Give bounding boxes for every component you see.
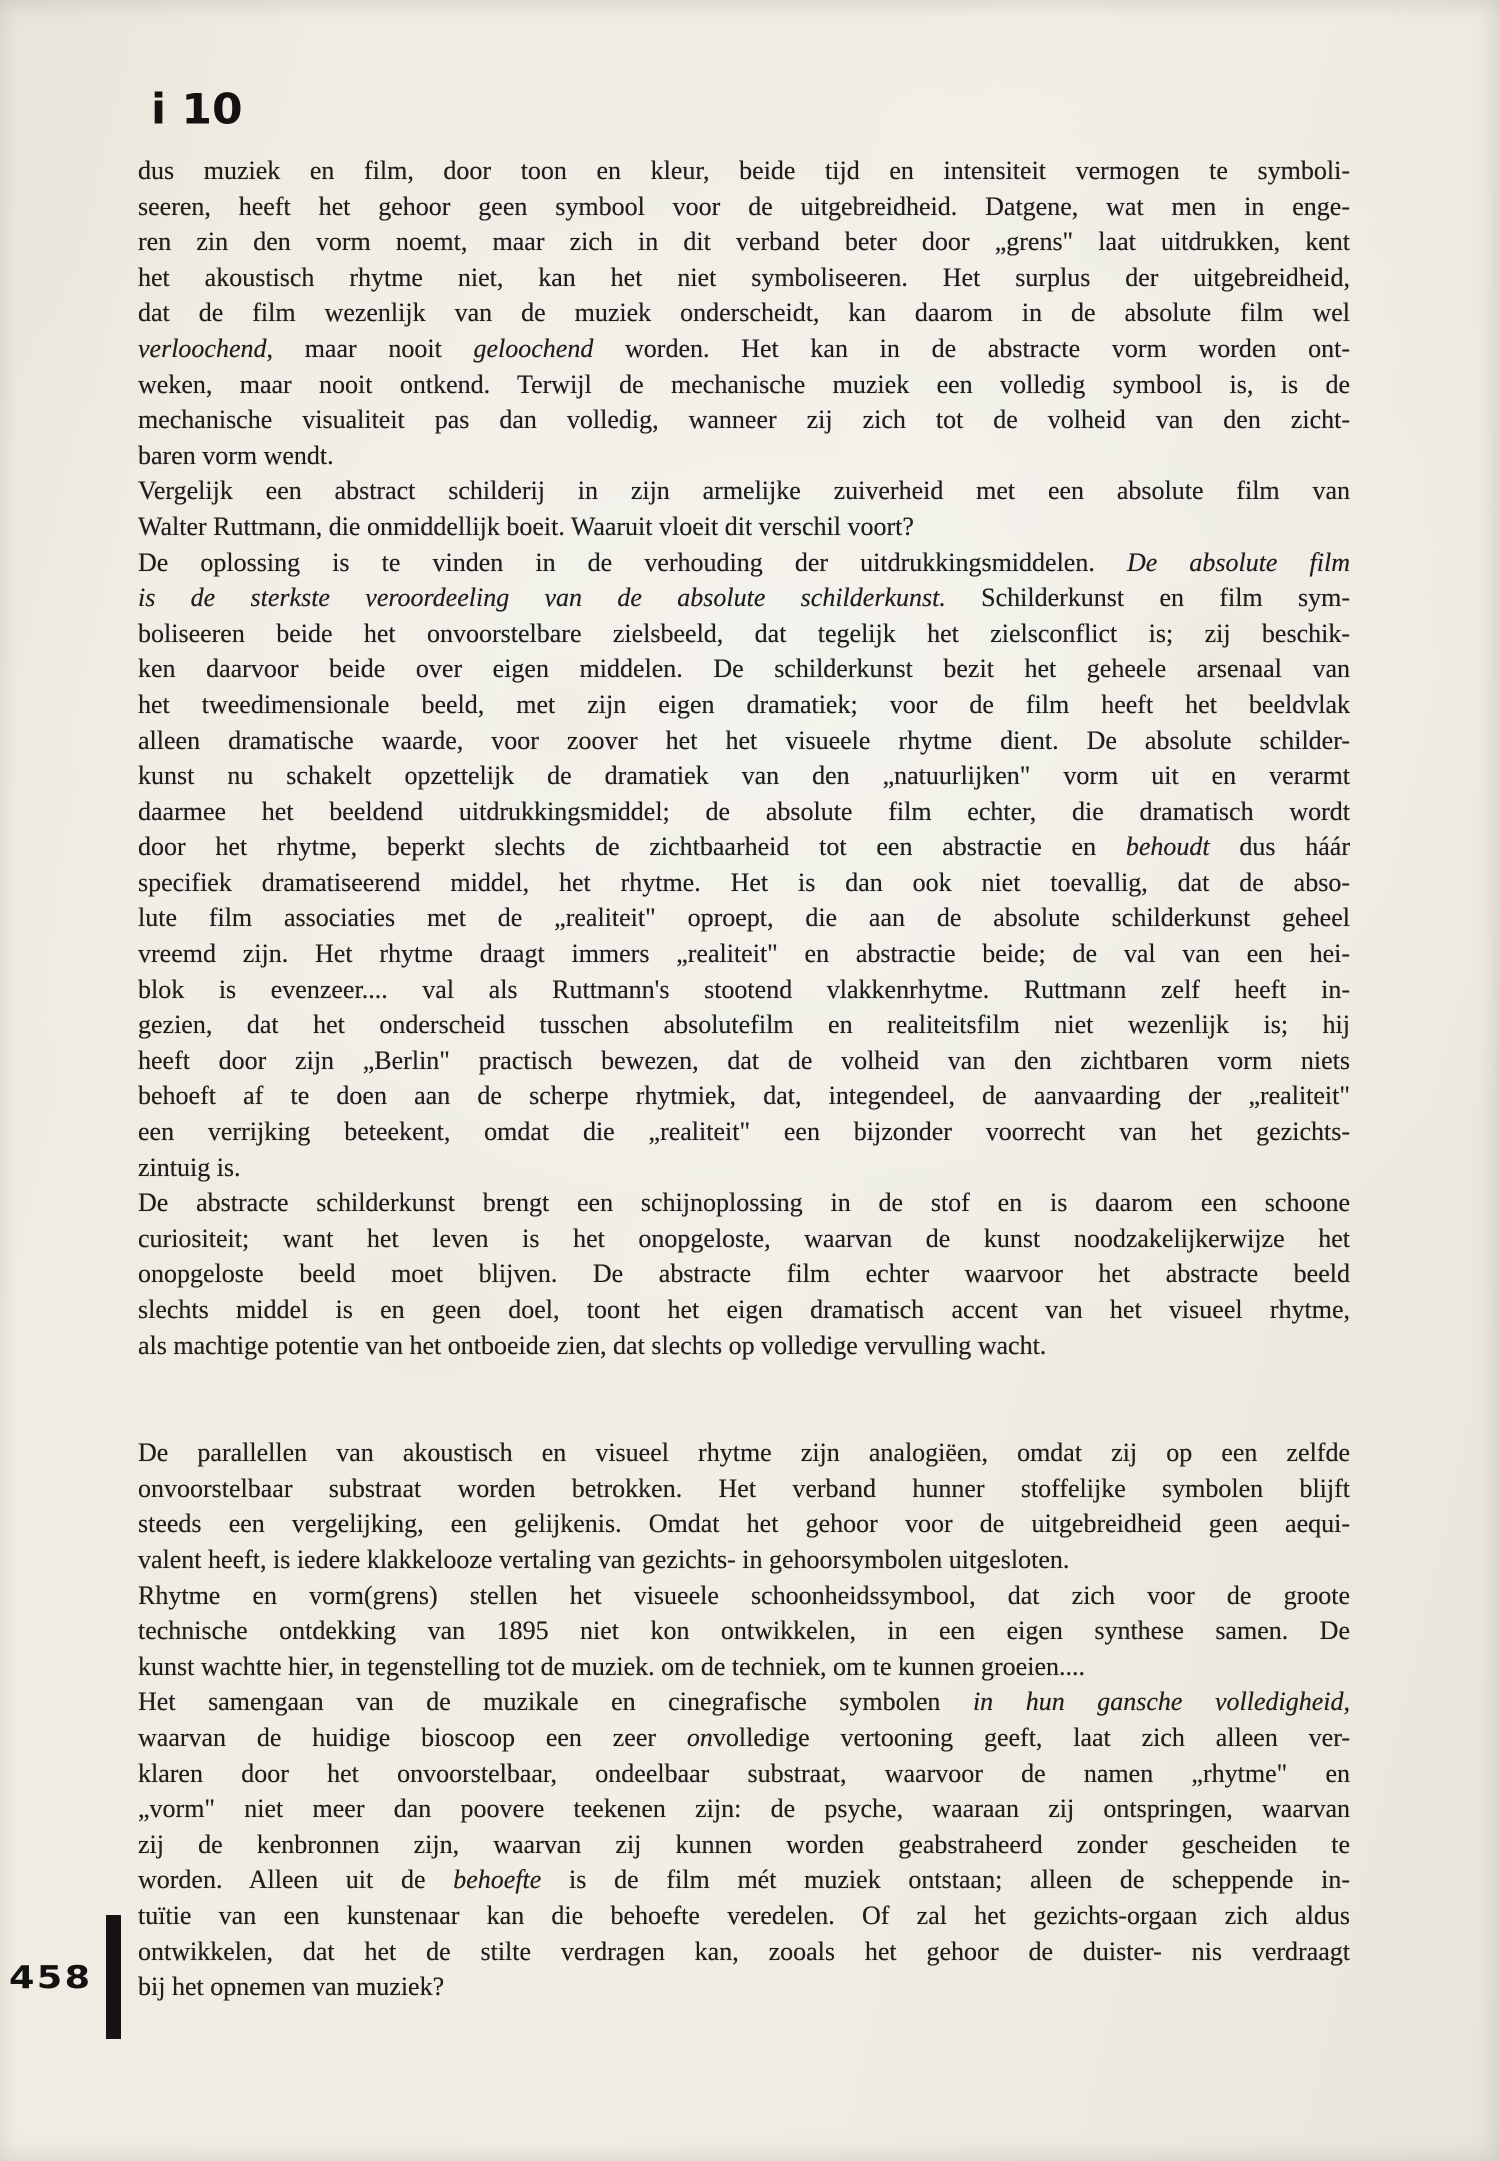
- text-segment: heeft door zijn „Berlin" practisch bewez…: [138, 1046, 1350, 1075]
- text-segment: worden. Het kan in de abstracte vorm wor…: [593, 334, 1350, 363]
- text-segment: kunst wachtte hier, in tegenstelling tot…: [138, 1652, 1085, 1681]
- text-line: De parallellen van akoustisch en visueel…: [138, 1435, 1350, 1471]
- text-line: valent heeft, is iedere klakkelooze vert…: [138, 1542, 1350, 1578]
- text-line: als machtige potentie van het ontboeide …: [138, 1328, 1350, 1364]
- text-line: dus muziek en film, door toon en kleur, …: [138, 153, 1350, 189]
- text-line: tuïtie van een kunstenaar kan die behoef…: [138, 1898, 1350, 1934]
- text-segment: De parallellen van akoustisch en visueel…: [138, 1438, 1350, 1467]
- text-segment: volledige vertooning geeft, laat zich al…: [713, 1723, 1350, 1752]
- text-segment: boliseeren beide het onvoorstelbare ziel…: [138, 619, 1350, 648]
- text-segment: een verrijking beteekent, omdat die „rea…: [138, 1117, 1350, 1146]
- text-line: ren zin den vorm noemt, maar zich in dit…: [138, 224, 1350, 260]
- text-line: blok is evenzeer.... val als Ruttmann's …: [138, 972, 1350, 1008]
- text-line: technische ontdekking van 1895 niet kon …: [138, 1613, 1350, 1649]
- text-segment: specifiek dramatiseerend middel, het rhy…: [138, 868, 1350, 897]
- text-segment: Walter Ruttmann, die onmiddellijk boeit.…: [138, 512, 914, 541]
- text-segment: lute film associaties met de „realiteit"…: [138, 903, 1350, 932]
- text-line: kunst wachtte hier, in tegenstelling tot…: [138, 1649, 1350, 1685]
- text-segment: dus háár: [1210, 832, 1350, 861]
- text-line: Het samengaan van de muzikale en cinegra…: [138, 1684, 1350, 1720]
- masthead-logo: i 10: [151, 89, 243, 131]
- text-segment: zintuig is.: [138, 1153, 241, 1182]
- text-segment: weken, maar nooit ontkend. Terwijl de me…: [138, 370, 1350, 399]
- text-segment: Het samengaan van de muzikale en cinegra…: [138, 1687, 973, 1716]
- text-line: dat de film wezenlijk van de muziek onde…: [138, 295, 1350, 331]
- text-segment: het akoustisch rhytme niet, kan het niet…: [138, 263, 1350, 292]
- text-segment: gezien, dat het onderscheid tusschen abs…: [138, 1010, 1350, 1039]
- text-line: daarmee het beeldend uitdrukkingsmiddel;…: [138, 794, 1350, 830]
- text-line: seeren, heeft het gehoor geen symbool vo…: [138, 189, 1350, 225]
- text-line: baren vorm wendt.: [138, 438, 1350, 474]
- text-line: gezien, dat het onderscheid tusschen abs…: [138, 1007, 1350, 1043]
- text-segment: „vorm" niet meer dan poovere teekenen zi…: [138, 1794, 1350, 1823]
- text-line: is de sterkste veroordeeling van de abso…: [138, 580, 1350, 616]
- text-line: verloochend, maar nooit geloochend worde…: [138, 331, 1350, 367]
- text-line: Walter Ruttmann, die onmiddellijk boeit.…: [138, 509, 1350, 545]
- text-segment: alleen dramatische waarde, voor zoover h…: [138, 726, 1350, 755]
- text-segment: Rhytme en vorm(grens) stellen het visuee…: [138, 1581, 1350, 1610]
- text-line: onopgeloste beeld moet blijven. De abstr…: [138, 1256, 1350, 1292]
- text-line: weken, maar nooit ontkend. Terwijl de me…: [138, 367, 1350, 403]
- article-text: dus muziek en film, door toon en kleur, …: [138, 153, 1350, 2005]
- text-line: mechanische visualiteit pas dan volledig…: [138, 402, 1350, 438]
- text-segment: onvoorstelbaar substraat worden betrokke…: [138, 1474, 1350, 1503]
- text-line: waarvan de huidige bioscoop een zeer onv…: [138, 1720, 1350, 1756]
- text-line: alleen dramatische waarde, voor zoover h…: [138, 723, 1350, 759]
- text-segment: De abstracte schilderkunst brengt een sc…: [138, 1188, 1350, 1217]
- text-segment: verloochend: [138, 334, 267, 363]
- text-line: het akoustisch rhytme niet, kan het niet…: [138, 260, 1350, 296]
- text-segment: ken daarvoor beide over eigen middelen. …: [138, 654, 1350, 683]
- text-segment: steeds een vergelijking, een gelijkenis.…: [138, 1509, 1350, 1538]
- text-segment: vreemd zijn. Het rhytme draagt immers „r…: [138, 939, 1350, 968]
- text-segment: valent heeft, is iedere klakkelooze vert…: [138, 1545, 1069, 1574]
- text-segment: daarmee het beeldend uitdrukkingsmiddel;…: [138, 797, 1350, 826]
- text-line: behoeft af te doen aan de scherpe rhytmi…: [138, 1078, 1350, 1114]
- text-segment: mechanische visualiteit pas dan volledig…: [138, 405, 1350, 434]
- text-segment: seeren, heeft het gehoor geen symbool vo…: [138, 192, 1350, 221]
- text-line: zij de kenbronnen zijn, waarvan zij kunn…: [138, 1827, 1350, 1863]
- text-segment: Schilderkunst en film sym-: [946, 583, 1350, 612]
- text-line: kunst nu schakelt opzettelijk de dramati…: [138, 758, 1350, 794]
- text-line: Vergelijk een abstract schilderij in zij…: [138, 473, 1350, 509]
- text-segment: onopgeloste beeld moet blijven. De abstr…: [138, 1259, 1350, 1288]
- text-segment: klaren door het onvoorstelbaar, ondeelba…: [138, 1759, 1350, 1788]
- text-line: boliseeren beide het onvoorstelbare ziel…: [138, 616, 1350, 652]
- text-segment: in hun gansche volledigheid,: [973, 1687, 1350, 1716]
- text-line: het tweedimensionale beeld, met zijn eig…: [138, 687, 1350, 723]
- text-segment: is de sterkste veroordeeling van de abso…: [138, 583, 946, 612]
- text-line: bij het opnemen van muziek?: [138, 1969, 1350, 2005]
- text-segment: on: [687, 1723, 713, 1752]
- text-line: door het rhytme, beperkt slechts de zich…: [138, 829, 1350, 865]
- text-segment: De absolute film: [1127, 548, 1350, 577]
- text-line: klaren door het onvoorstelbaar, ondeelba…: [138, 1756, 1350, 1792]
- text-line: slechts middel is en geen doel, toont he…: [138, 1292, 1350, 1328]
- text-segment: technische ontdekking van 1895 niet kon …: [138, 1616, 1350, 1645]
- text-line: ontwikkelen, dat het de stilte verdragen…: [138, 1934, 1350, 1970]
- page-number-bar: [106, 1915, 121, 2039]
- text-segment: bij het opnemen van muziek?: [138, 1972, 444, 2001]
- text-line: vreemd zijn. Het rhytme draagt immers „r…: [138, 936, 1350, 972]
- text-segment: worden. Alleen uit de: [138, 1865, 453, 1894]
- text-line: De abstracte schilderkunst brengt een sc…: [138, 1185, 1350, 1221]
- text-line: lute film associaties met de „realiteit"…: [138, 900, 1350, 936]
- text-segment: Vergelijk een abstract schilderij in zij…: [138, 476, 1350, 505]
- text-segment: curiositeit; want het leven is het onopg…: [138, 1224, 1350, 1253]
- text-segment: als machtige potentie van het ontboeide …: [138, 1331, 1046, 1360]
- text-line: onvoorstelbaar substraat worden betrokke…: [138, 1471, 1350, 1507]
- text-segment: het tweedimensionale beeld, met zijn eig…: [138, 690, 1350, 719]
- text-segment: is de film mét muziek ontstaan; alleen d…: [541, 1865, 1350, 1894]
- text-line: „vorm" niet meer dan poovere teekenen zi…: [138, 1791, 1350, 1827]
- text-line: Rhytme en vorm(grens) stellen het visuee…: [138, 1578, 1350, 1614]
- text-segment: ontwikkelen, dat het de stilte verdragen…: [138, 1937, 1350, 1966]
- text-segment: zij de kenbronnen zijn, waarvan zij kunn…: [138, 1830, 1350, 1859]
- text-segment: behoefte: [453, 1865, 541, 1894]
- text-line: specifiek dramatiseerend middel, het rhy…: [138, 865, 1350, 901]
- text-segment: door het rhytme, beperkt slechts de zich…: [138, 832, 1126, 861]
- text-segment: , maar nooit: [267, 334, 474, 363]
- text-segment: tuïtie van een kunstenaar kan die behoef…: [138, 1901, 1350, 1930]
- text-segment: waarvan de huidige bioscoop een zeer: [138, 1723, 687, 1752]
- scanned-magazine-page: i 10 dus muziek en film, door toon en kl…: [0, 0, 1500, 2161]
- text-segment: behoudt: [1126, 832, 1210, 861]
- page-number: 458: [9, 1963, 92, 1994]
- text-line: curiositeit; want het leven is het onopg…: [138, 1221, 1350, 1257]
- text-line: een verrijking beteekent, omdat die „rea…: [138, 1114, 1350, 1150]
- text-segment: dus muziek en film, door toon en kleur, …: [138, 156, 1350, 185]
- text-segment: slechts middel is en geen doel, toont he…: [138, 1295, 1350, 1324]
- text-line: steeds een vergelijking, een gelijkenis.…: [138, 1506, 1350, 1542]
- text-line: worden. Alleen uit de behoefte is de fil…: [138, 1862, 1350, 1898]
- text-segment: behoeft af te doen aan de scherpe rhytmi…: [138, 1081, 1350, 1110]
- text-segment: kunst nu schakelt opzettelijk de dramati…: [138, 761, 1350, 790]
- text-line: zintuig is.: [138, 1150, 1350, 1186]
- text-line: ken daarvoor beide over eigen middelen. …: [138, 651, 1350, 687]
- text-segment: dat de film wezenlijk van de muziek onde…: [138, 298, 1350, 327]
- text-segment: blok is evenzeer.... val als Ruttmann's …: [138, 975, 1350, 1004]
- text-line: De oplossing is te vinden in de verhoudi…: [138, 545, 1350, 581]
- text-segment: geloochend: [474, 334, 594, 363]
- text-segment: ren zin den vorm noemt, maar zich in dit…: [138, 227, 1350, 256]
- text-line: heeft door zijn „Berlin" practisch bewez…: [138, 1043, 1350, 1079]
- text-segment: baren vorm wendt.: [138, 441, 334, 470]
- text-segment: De oplossing is te vinden in de verhoudi…: [138, 548, 1127, 577]
